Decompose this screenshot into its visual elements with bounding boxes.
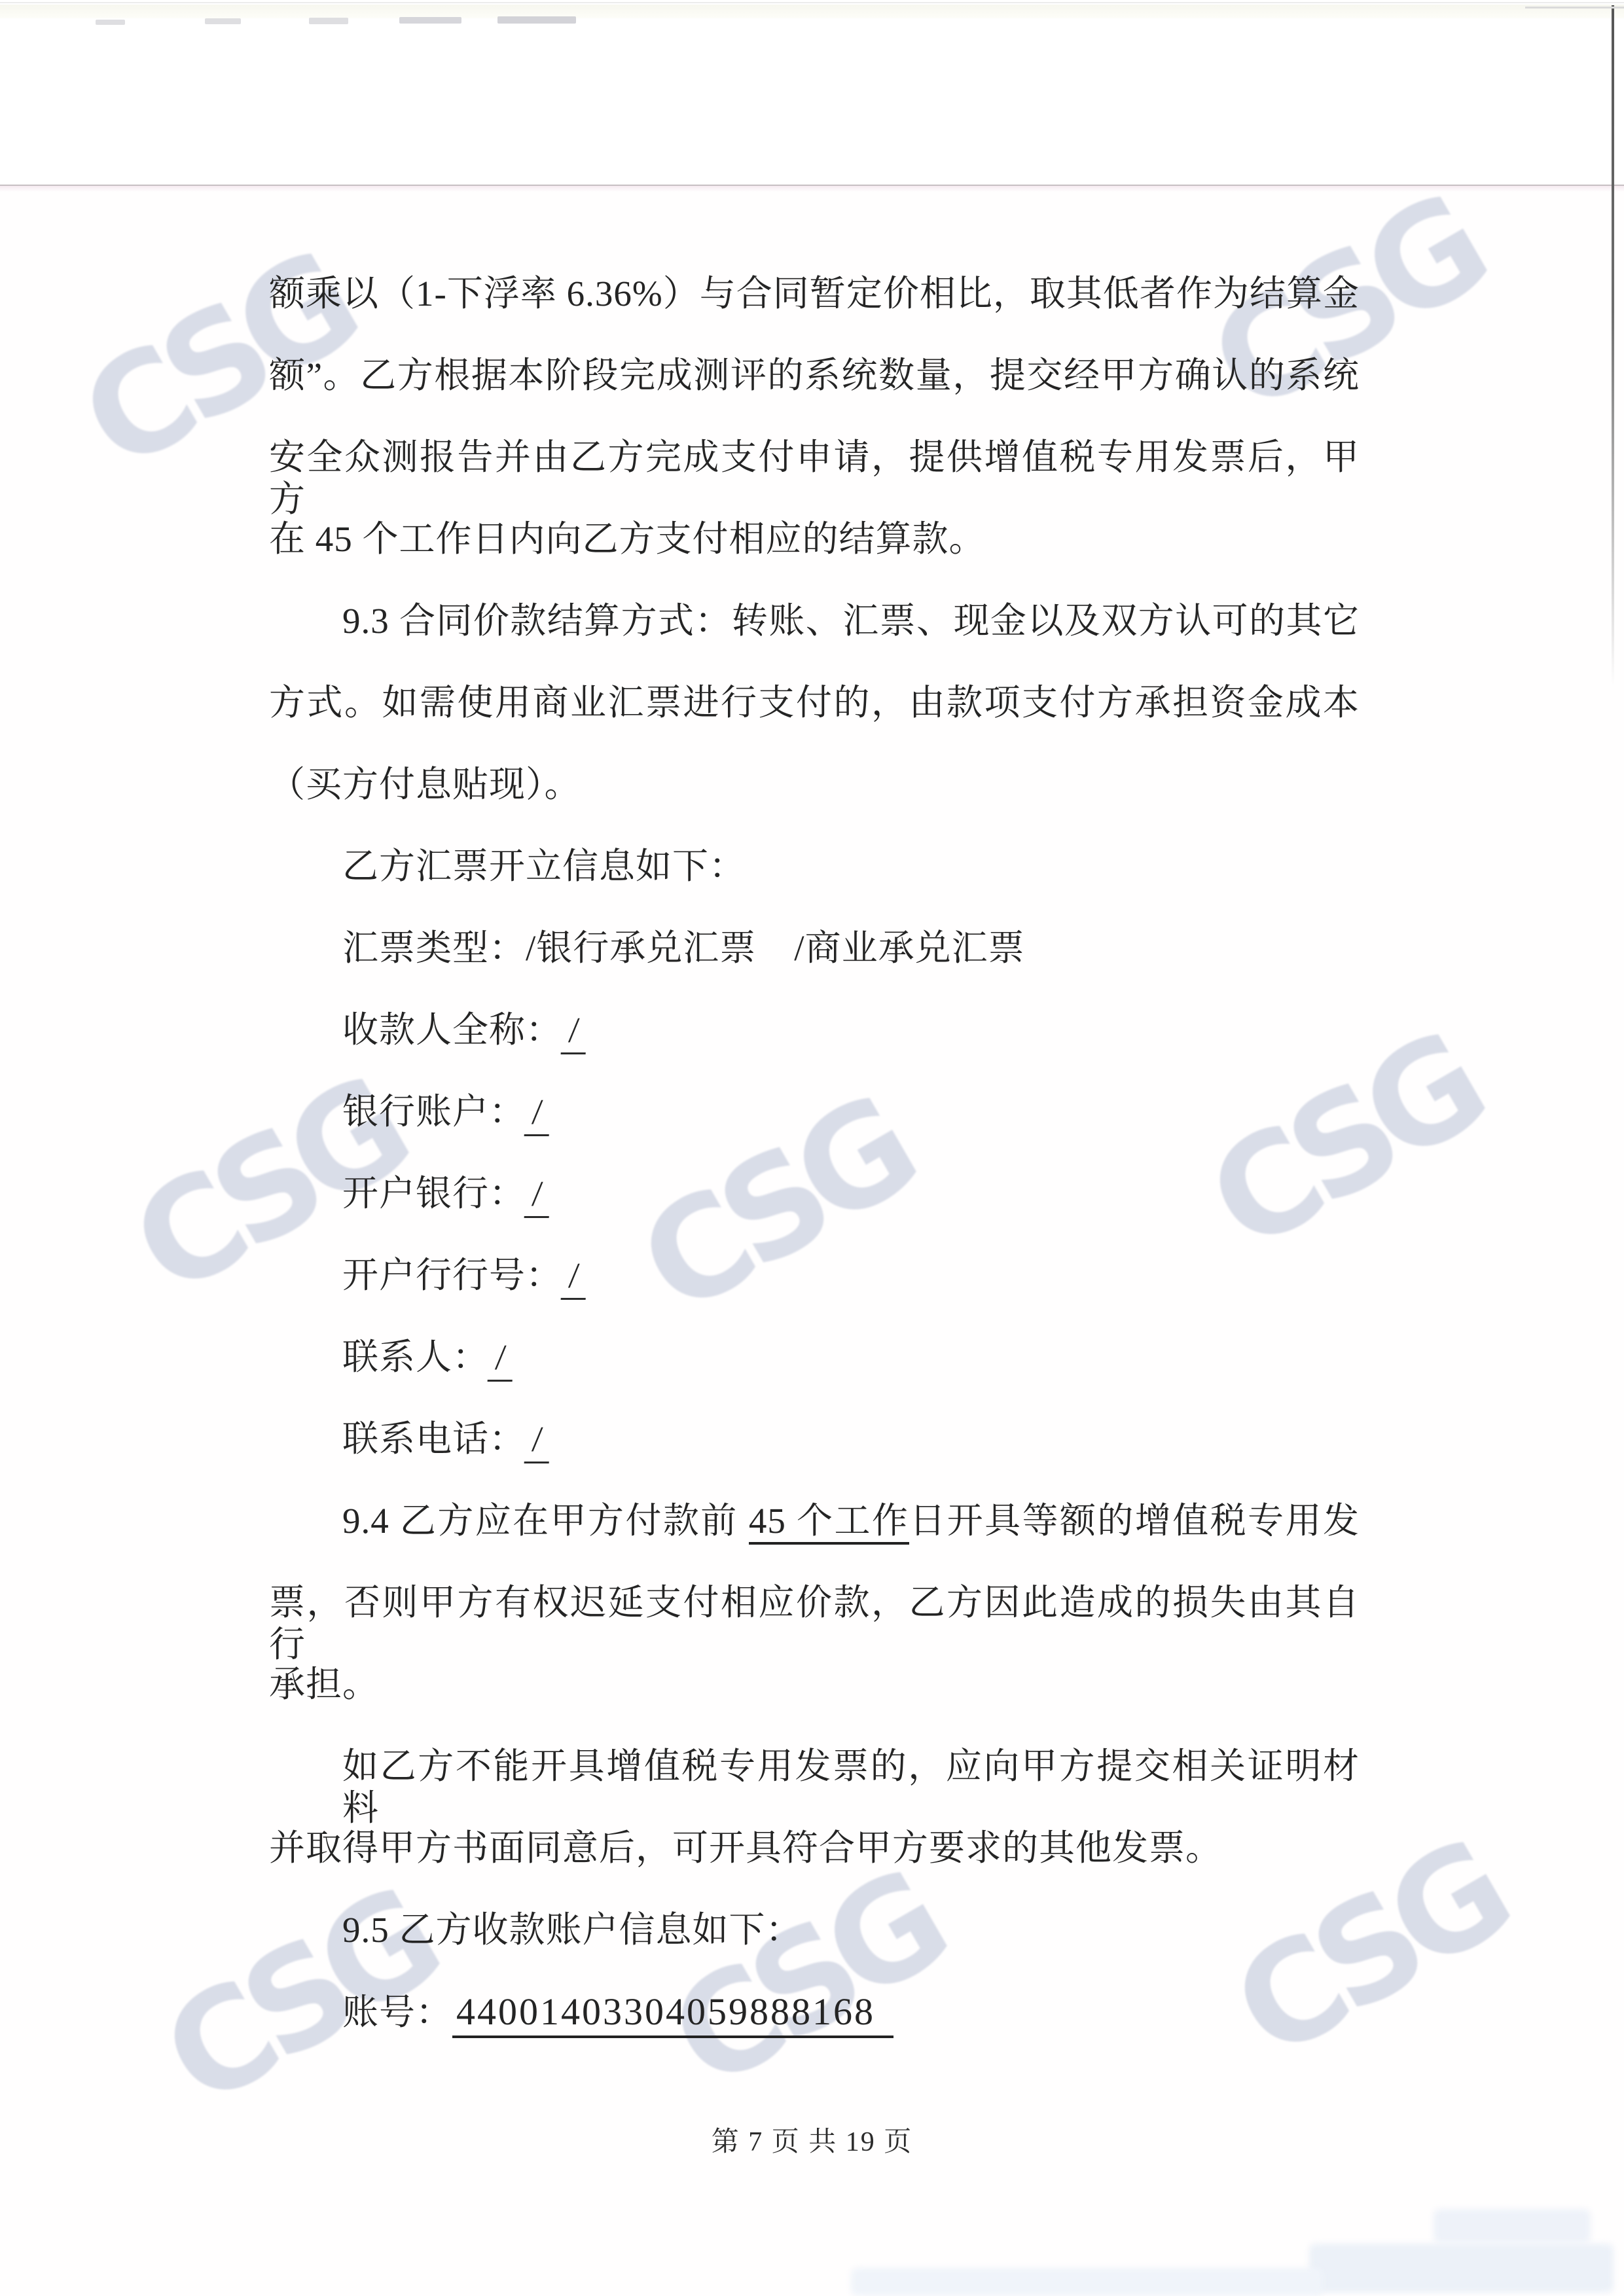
scan-right-edge-line bbox=[1612, 5, 1614, 686]
scan-top-right-corner-line bbox=[1525, 7, 1624, 9]
field-label: 汇票类型： bbox=[342, 928, 526, 968]
draft-type-option-commercial: /商业承兑汇票 bbox=[794, 928, 1024, 968]
field-label: 开户银行： bbox=[342, 1174, 526, 1213]
clause-9-3-line: 方式。如需使用商业汇票进行支付的，由款项支付方承担资金成本 bbox=[269, 682, 1360, 724]
clause-9-4-text: 日开具等额的增值税专用发 bbox=[909, 1501, 1360, 1541]
field-label: 账号： bbox=[342, 1992, 452, 2032]
clause-9-3-line: （买方付息贴现）。 bbox=[269, 764, 581, 806]
scanned-contract-page: CSG CSG CSG CSG CSG CSG CSG CSG 额乘以（1-下浮… bbox=[0, 0, 1624, 2296]
page-number-footer: 第 7 页 共 19 页 bbox=[0, 2120, 1624, 2159]
clause-9-5-heading: 9.5 乙方收款账户信息如下： bbox=[342, 1909, 803, 1951]
underlined-45-workdays: 45 个工作 bbox=[749, 1501, 909, 1545]
blank-slash: / bbox=[524, 1173, 552, 1218]
scan-smudge bbox=[96, 20, 125, 25]
scan-bottom-artifact bbox=[1309, 2244, 1614, 2293]
clause-9-2-continuation-line: 额乘以（1-下浮率 6.36%）与合同暂定价相比，取其低者作为结算金 bbox=[269, 273, 1360, 315]
blank-slash: / bbox=[524, 1418, 552, 1463]
clause-9-2-continuation-line: 安全众测报告并由乙方完成支付申请，提供增值税专用发票后，甲方 bbox=[269, 437, 1360, 520]
deposit-bank-line: 开户银行：/ bbox=[342, 1173, 550, 1218]
field-label: 联系人： bbox=[342, 1337, 489, 1377]
payee-name-line: 收款人全称：/ bbox=[342, 1009, 587, 1054]
account-number-value: 44001403304059888168 bbox=[452, 1990, 893, 2038]
clause-9-4-line: 9.4 乙方应在甲方付款前 45 个工作日开具等额的增值税专用发 bbox=[342, 1500, 1360, 1542]
csg-watermark: CSG bbox=[1189, 1016, 1497, 1273]
blank-slash: / bbox=[561, 1009, 589, 1054]
page-top-divider-glow bbox=[0, 186, 1624, 192]
other-invoice-paragraph-line: 并取得甲方书面同意后，可开具符合甲方要求的其他发票。 bbox=[269, 1827, 1222, 1869]
scan-smudge bbox=[399, 17, 461, 24]
bank-account-line: 银行账户：/ bbox=[342, 1091, 550, 1136]
scan-top-strip bbox=[0, 0, 1624, 185]
clause-9-4-line: 承担。 bbox=[269, 1664, 379, 1706]
account-number-line: 账号：44001403304059888168 bbox=[342, 1991, 893, 2034]
field-label: 银行账户： bbox=[342, 1092, 526, 1132]
draft-info-heading: 乙方汇票开立信息如下： bbox=[342, 846, 746, 888]
other-invoice-paragraph-line: 如乙方不能开具增值税专用发票的，应向甲方提交相关证明材料 bbox=[342, 1746, 1360, 1829]
scan-smudge bbox=[497, 16, 576, 24]
scan-top-shading bbox=[0, 5, 1624, 18]
draft-type-line: 汇票类型：/银行承兑汇票/商业承兑汇票 bbox=[342, 927, 1025, 969]
contact-person-line: 联系人：/ bbox=[342, 1336, 514, 1382]
draft-type-option-bank: /银行承兑汇票 bbox=[526, 928, 756, 968]
field-label: 收款人全称： bbox=[342, 1010, 562, 1050]
clause-9-2-continuation-line: 额”。乙方根据本阶段完成测评的系统数量，提交经甲方确认的系统 bbox=[269, 355, 1360, 397]
scan-smudge bbox=[309, 18, 348, 24]
field-label: 开户行行号： bbox=[342, 1255, 562, 1295]
csg-watermark: CSG bbox=[621, 1079, 928, 1336]
scan-bottom-artifact bbox=[1434, 2209, 1591, 2243]
scan-smudge bbox=[205, 18, 241, 24]
scan-bottom-artifact bbox=[851, 2268, 1322, 2296]
csg-watermark: CSG bbox=[651, 1854, 959, 2111]
blank-slash: / bbox=[524, 1091, 552, 1136]
clause-9-3-line: 9.3 合同价款结算方式：转账、汇票、现金以及双方认可的其它 bbox=[342, 600, 1360, 642]
clause-9-2-continuation-line: 在 45 个工作日内向乙方支付相应的结算款。 bbox=[269, 518, 986, 560]
blank-slash: / bbox=[488, 1336, 516, 1382]
clause-9-4-text: 9.4 乙方应在甲方付款前 bbox=[342, 1501, 749, 1541]
csg-watermark: CSG bbox=[1214, 1823, 1522, 2081]
field-label: 联系电话： bbox=[342, 1419, 526, 1459]
clause-9-4-line: 票，否则甲方有权迟延支付相应价款，乙方因此造成的损失由其自行 bbox=[269, 1582, 1360, 1666]
scan-top-edge-line bbox=[0, 2, 1624, 3]
contact-phone-line: 联系电话：/ bbox=[342, 1418, 550, 1463]
bank-branch-number-line: 开户行行号：/ bbox=[342, 1255, 587, 1300]
blank-slash: / bbox=[561, 1255, 589, 1300]
